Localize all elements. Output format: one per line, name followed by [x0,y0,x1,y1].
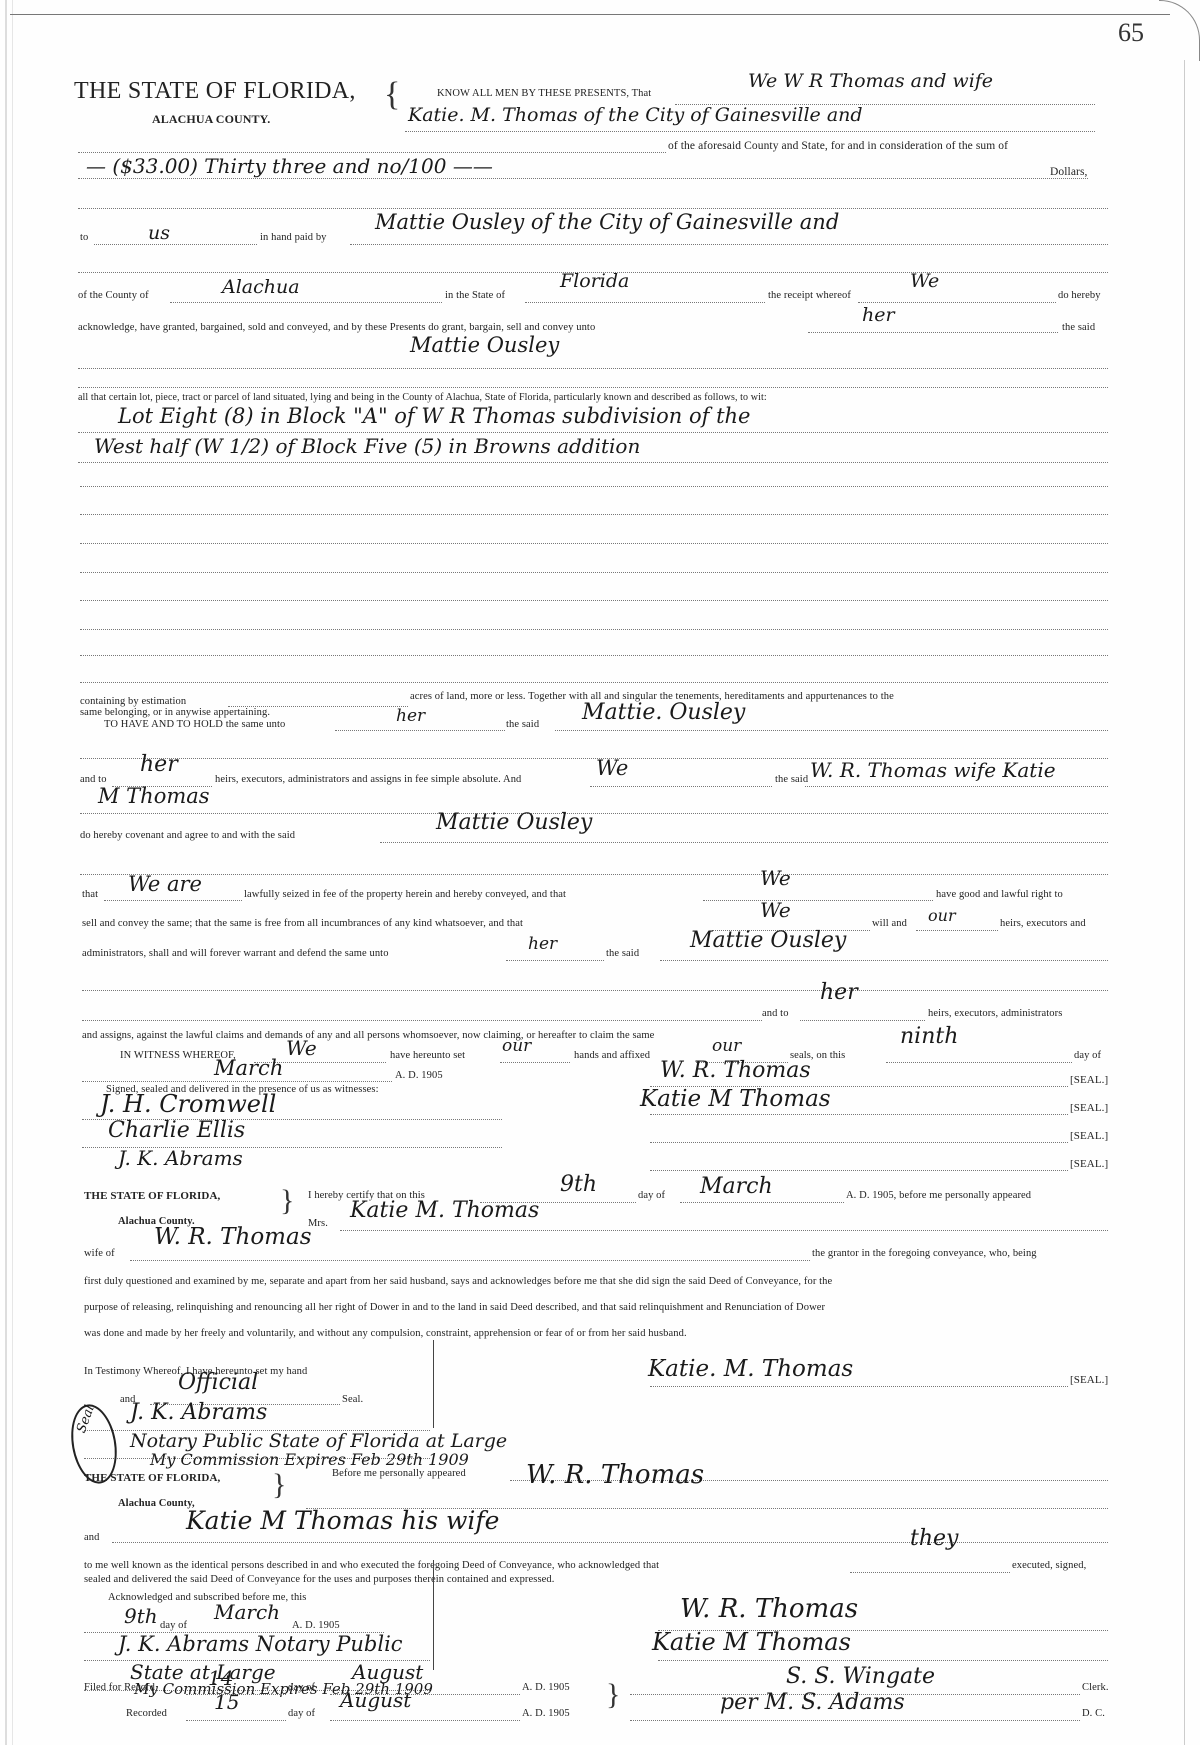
signature-line [658,1660,1108,1661]
cert1-body-1: first duly questioned and examined by me… [84,1276,832,1287]
blank-line [80,682,1108,683]
blank-line [525,302,765,303]
heirs-text: heirs, executors, administrators and ass… [215,774,521,785]
know-all-men: KNOW ALL MEN BY THESE PRESENTS, That [437,88,651,99]
dc-signature-hw: per M. S. Adams [720,1690,905,1715]
cert2-body-1: to me well known as the identical person… [84,1560,659,1571]
blank-line [340,1230,1108,1231]
cert2-state: THE STATE OF FLORIDA, [84,1472,220,1484]
receipt-hw: We [910,270,939,292]
seized-end: have good and lawful right to [936,889,1063,900]
testimony-seal: Seal. [342,1394,363,1405]
grantor-signature-1: W. R. Thomas [660,1058,811,1083]
warrant-text: administrators, shall and will forever w… [82,948,389,959]
said-grantors-hw: W. R. Thomas wife Katie [810,758,1056,782]
katie-signature-testimony: Katie. M. Thomas [648,1356,853,1382]
cert2-day-hw: 9th [124,1604,158,1628]
blank-line [82,1081,392,1082]
testimony-official-hw: Official [178,1370,258,1395]
blank-line [78,387,1108,388]
cert2-month-hw: March [214,1600,280,1624]
clerk-label: Clerk. [1082,1682,1109,1693]
blank-line [800,1020,925,1021]
cert1-body-2: purpose of releasing, relinquishing and … [84,1302,825,1313]
amount-hw: — ($33.00) Thirty three and no/100 —— [86,154,493,178]
seized-we-hw: We [760,866,791,890]
county-header: ALACHUA COUNTY. [152,112,270,127]
cert2-county: Alachua County, [118,1498,195,1509]
blank-line [78,462,1108,463]
blank-line [80,600,1108,601]
containing-label: containing by estimation [80,696,186,707]
that-label: that [82,889,98,900]
blank-line [886,1062,1072,1063]
to-have-grantee-hw: Mattie. Ousley [582,700,745,725]
blank-line [335,730,505,731]
brace: { [384,78,400,112]
receipt-label: the receipt whereof [768,290,851,301]
cert1-ad: A. D. 1905, before me personally appeare… [846,1190,1031,1201]
blank-line [405,131,1095,132]
and-to-label: and to [762,1008,789,1019]
blank-line [104,900,242,901]
filed-ad: A. D. 1905 [522,1682,570,1693]
top-rule [10,14,1170,15]
blank-line [680,1202,844,1203]
state-hw: Florida [560,270,629,292]
witness-our-hw-2: our [712,1036,741,1056]
state-header: THE STATE OF FLORIDA, [74,78,356,105]
and-we-hw: We [596,756,628,780]
cert1-month-hw: March [700,1174,773,1199]
seized-text: lawfully seized in fee of the property h… [244,889,566,900]
seal-label: [SEAL.] [1070,1130,1108,1142]
signature-line [650,1386,1068,1387]
grantors-hw-2: Katie. M. Thomas of the City of Gainesvi… [408,104,863,126]
cert2-signature-2: Katie M Thomas [652,1628,851,1656]
notary-title-hw: Notary Public State of Florida at Large [130,1430,507,1452]
blank-line [590,786,772,787]
county-of-label: of the County of [78,290,149,301]
mrs-hw: Katie M. Thomas [350,1198,539,1223]
said-grantors-cont-hw: M Thomas [98,784,210,808]
blank-line [80,514,1108,515]
filed-day-hw: 14 [208,1666,233,1690]
deed-page: 65 THE STATE OF FLORIDA, ALACHUA COUNTY.… [0,0,1200,1745]
witness-we-hw: We [286,1036,317,1060]
cert1-day-hw: 9th [560,1172,597,1197]
blank-line [78,208,1108,209]
to-have-hold: TO HAVE AND TO HOLD the same unto [104,719,285,730]
cert2-notary-hw: J. K. Abrams Notary Public [118,1632,403,1656]
sell-end: heirs, executors and [1000,918,1086,929]
sell-text: sell and convey the same; that the same … [82,918,523,929]
seal-label: [SEAL.] [1070,1374,1108,1386]
day-of: day of [288,1708,315,1719]
acknowledge-text: acknowledge, have granted, bargained, so… [78,322,595,333]
grantor-text: the grantor in the foregoing conveyance,… [812,1248,1037,1259]
recorded-label: Recorded [126,1708,167,1719]
sell-we-hw: We [760,898,791,922]
blank-line [80,572,1108,573]
recorded-day-hw: 15 [214,1690,239,1714]
blank-line [186,1720,286,1721]
witness-signature-3: J. K. Abrams [118,1146,243,1170]
convey-unto-hw: her [862,304,895,326]
blank-line [80,813,1108,814]
wife-of-hw: W. R. Thomas [154,1224,312,1250]
page-number: 65 [1118,18,1144,48]
before-me: Before me personally appeared [332,1468,466,1479]
and-to-hw: her [140,752,178,777]
page-edge [12,0,13,1745]
blank-line [916,930,998,931]
the-said: the said [775,774,808,785]
dollars-label: Dollars, [1050,166,1088,178]
blank-line [78,432,1108,433]
notary-signature: J. K. Abrams [130,1400,267,1425]
cert2-body-2: sealed and delivered the said Deed of Co… [84,1574,555,1585]
blank-line [82,1020,762,1021]
blank-line [858,302,1056,303]
cert1-body-3: was done and made by her freely and volu… [84,1328,687,1339]
seal-label: [SEAL.] [1070,1074,1108,1086]
grantors-hw-1: We W R Thomas and wife [748,70,993,92]
same-belonging: same belonging, or in anywise appertaini… [80,707,270,718]
blank-line [82,990,1108,991]
signature-line [650,1170,1068,1171]
witness-signature-1: J. H. Cromwell [100,1090,276,1118]
county-hw: Alachua [222,276,300,298]
blank-line [78,152,666,153]
wife-of-label: wife of [84,1248,115,1259]
blank-line [805,786,1108,787]
and-to-her-hw: her [820,980,858,1005]
blank-line [170,302,442,303]
seal-label: [SEAL.] [1070,1158,1108,1170]
witness-day-hw: ninth [900,1024,958,1049]
brace: } [280,1186,294,1216]
hands-affixed: hands and affixed [574,1050,650,1061]
blank-line [500,1062,570,1063]
seal-label: [SEAL.] [1070,1102,1108,1114]
warrant-grantee-hw: Mattie Ousley [690,928,846,953]
legal-desc-line-1: Lot Eight (8) in Block "A" of W R Thomas… [118,404,750,428]
covenant-label: do hereby covenant and agree to and with… [80,830,295,841]
will-and: will and [872,918,907,929]
brace: } [272,1470,286,1500]
blank-line [94,244,257,245]
cert2-grantor-hw: W. R. Thomas [526,1460,704,1490]
assigns-text: and assigns, against the lawful claims a… [82,1030,654,1041]
grantor-signature-2: Katie M Thomas [640,1086,831,1112]
blank-line [112,1542,1108,1543]
day-of: day of [160,1620,187,1631]
day-of: day of [288,1682,315,1693]
day-of: day of [1074,1050,1101,1061]
cert1-state: THE STATE OF FLORIDA, [84,1190,220,1202]
cert2-signature-1: W. R. Thomas [680,1594,858,1624]
witness-signature-2: Charlie Ellis [108,1118,245,1143]
blank-line [130,1260,810,1261]
witness-our-hw-1: our [502,1036,531,1056]
page-edge [5,0,7,1745]
blank-line [80,874,1108,875]
they-hw: they [910,1526,958,1551]
blank-line [703,900,933,901]
blank-line [78,178,1088,179]
blank-line [330,1720,520,1721]
the-said: the said [506,719,539,730]
we-are-hw: We are [128,872,202,896]
blank-line [380,842,1108,843]
blank-line [80,655,1108,656]
cert2-ad: A. D. 1905 [292,1620,340,1631]
to-label: to [80,232,88,243]
signature-line [650,1114,1068,1115]
witness-month-hw: March [214,1056,283,1080]
brace: } [606,1680,620,1710]
blank-line [850,1572,1010,1573]
bracket-line [433,1560,434,1670]
do-hereby: do hereby [1058,290,1101,301]
the-said: the said [606,948,639,959]
blank-line [506,960,604,961]
legal-desc-line-2: West half (W 1/2) of Block Five (5) in B… [94,434,640,458]
clerk-signature-hw: S. S. Wingate [786,1664,935,1689]
in-hand-paid: in hand paid by [260,232,327,243]
witness-ad: A. D. 1905 [395,1070,443,1081]
recorded-ad: A. D. 1905 [522,1708,570,1719]
signature-line [650,1142,1068,1143]
to-hw: us [148,222,170,244]
paid-by-hw: Mattie Ousley of the City of Gainesville… [375,210,839,234]
and-to-heirs-end: heirs, executors, administrators [928,1008,1062,1019]
warrant-her-hw: her [528,934,557,954]
blank-line [78,368,1108,369]
cert2-wife-hw: Katie M Thomas his wife [186,1506,499,1535]
aforesaid-text: of the aforesaid County and State, for a… [668,140,1008,152]
page-corner [1159,0,1200,61]
notary-commission-hw: My Commission Expires Feb 29th 1909 [150,1450,469,1469]
grantee-hw: Mattie Ousley [410,333,559,357]
signature-line [630,1720,1080,1721]
state-of-label: in the State of [445,290,505,301]
sell-our-hw: our [928,906,956,925]
all-that-text: all that certain lot, piece, tract or pa… [78,392,767,403]
the-said: the said [1062,322,1095,333]
page-edge [1184,60,1185,1745]
dc-label: D. C. [1082,1708,1105,1719]
filed-label: Filed for Record [84,1682,155,1693]
day-of: day of [638,1190,665,1201]
executed-signed: executed, signed, [1012,1560,1086,1571]
blank-line [555,730,1108,731]
bracket-line [433,1340,434,1428]
blank-line [80,543,1108,544]
filed-month-hw: August [352,1660,423,1684]
have-hereunto: have hereunto set [390,1050,465,1061]
blank-line [660,960,1108,961]
covenant-hw: Mattie Ousley [436,810,592,835]
blank-line [80,486,1108,487]
blank-line [80,629,1108,630]
cert2-and: and [84,1532,99,1543]
to-have-hw: her [396,706,425,726]
blank-line [808,332,1058,333]
recorded-month-hw: August [340,1688,411,1712]
blank-line [350,244,1108,245]
